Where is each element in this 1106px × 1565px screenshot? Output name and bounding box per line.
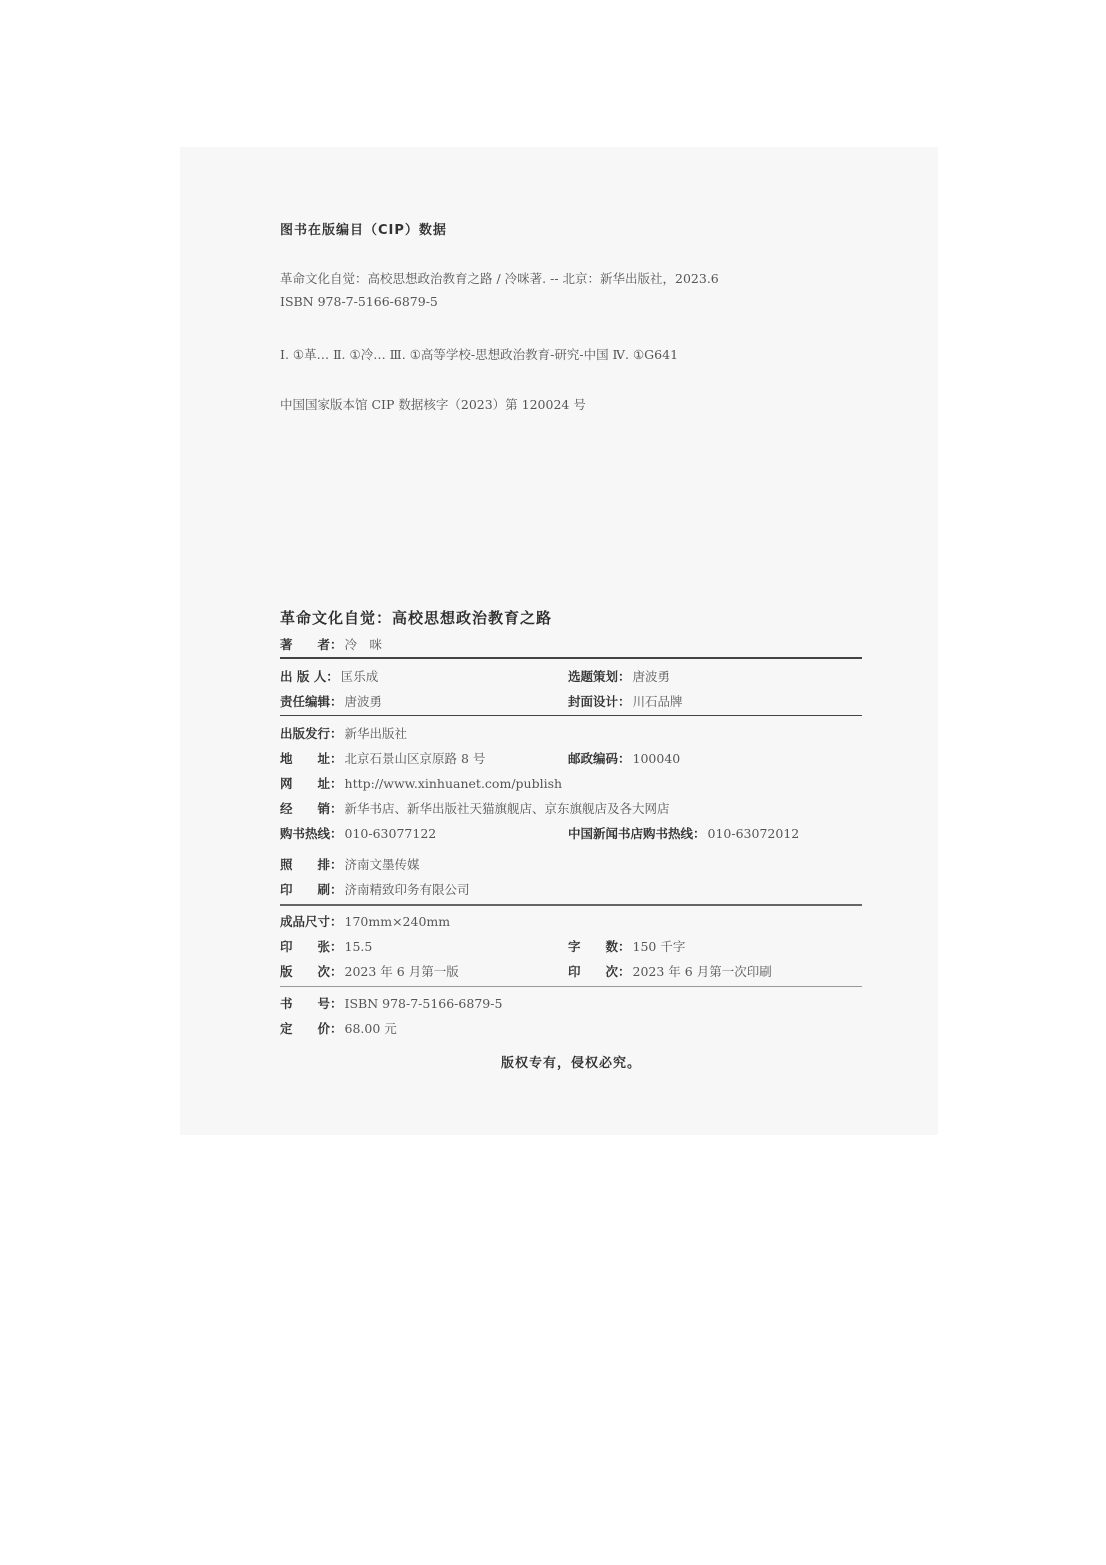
website-value: http://www.xinhuanet.com/publish <box>345 776 563 791</box>
size-value: 170mm×240mm <box>345 914 451 929</box>
editor-label: 责任编辑： <box>280 692 343 710</box>
divider <box>280 904 862 906</box>
size-label: 成品尺寸： <box>280 912 343 930</box>
distributor-value: 新华出版社 <box>345 724 408 742</box>
cip-isbn-line: ISBN 978-7-5166-6879-5 <box>280 294 438 309</box>
cover-design-label: 封面设计： <box>568 692 631 710</box>
postcode-value: 100040 <box>633 751 681 766</box>
copyright-page: 图书在版编目（CIP）数据 革命文化自觉：高校思想政治教育之路 / 冷咪著. -… <box>180 147 938 1135</box>
hotline-label: 购书热线： <box>280 824 343 842</box>
sales-label: 经 销： <box>280 799 343 817</box>
isbn-label: 书 号： <box>280 994 343 1012</box>
website-label: 网 址： <box>280 774 343 792</box>
topic-planner-label: 选题策划： <box>568 667 631 685</box>
china-hotline-label: 中国新闻书店购书热线： <box>568 824 706 842</box>
sheets-row: 印 张：15.5 字 数：150 千字 <box>280 937 862 957</box>
typesetting-row: 照 排：济南文墨传媒 <box>280 855 862 875</box>
printing-row: 印 刷：济南精致印务有限公司 <box>280 880 862 900</box>
publisher-row: 出 版 人：匡乐成 选题策划：唐波勇 <box>280 667 862 687</box>
edition-value: 2023 年 6 月第一版 <box>345 962 459 980</box>
word-count-value: 150 千字 <box>633 937 686 955</box>
hotline-row: 购书热线：010-63077122 中国新闻书店购书热线：010-6307201… <box>280 824 862 844</box>
divider <box>280 986 862 987</box>
distributor-label: 出版发行： <box>280 724 343 742</box>
typesetting-label: 照 排： <box>280 855 343 873</box>
typesetting-value: 济南文墨传媒 <box>345 855 420 873</box>
cip-classification-line: Ⅰ. ①革… Ⅱ. ①冷… Ⅲ. ①高等学校-思想政治教育-研究-中国 Ⅳ. ①… <box>280 345 678 363</box>
price-value: 68.00 元 <box>345 1019 397 1037</box>
sheets-label: 印 张： <box>280 937 343 955</box>
printing-value: 济南精致印务有限公司 <box>345 880 470 898</box>
price-label: 定 价： <box>280 1019 343 1037</box>
sales-row: 经 销：新华书店、新华出版社天猫旗舰店、京东旗舰店及各大网店 <box>280 799 862 819</box>
china-hotline-value: 010-63072012 <box>708 826 800 841</box>
sheets-value: 15.5 <box>345 939 373 954</box>
author-label: 著 者： <box>280 635 343 653</box>
website-row: 网 址：http://www.xinhuanet.com/publish <box>280 774 862 794</box>
book-title: 革命文化自觉：高校思想政治教育之路 <box>280 607 552 628</box>
distributor-row: 出版发行：新华出版社 <box>280 724 862 744</box>
address-value: 北京石景山区京原路 8 号 <box>345 749 486 767</box>
editor-value: 唐波勇 <box>345 692 383 710</box>
divider <box>280 715 862 716</box>
cover-design-value: 川石品牌 <box>633 692 683 710</box>
printing-label: 印 刷： <box>280 880 343 898</box>
publisher-person-value: 匡乐成 <box>341 667 379 685</box>
impression-value: 2023 年 6 月第一次印刷 <box>633 962 772 980</box>
cip-record-number-line: 中国国家版本馆 CIP 数据核字（2023）第 120024 号 <box>280 395 586 413</box>
divider <box>280 657 862 659</box>
price-row: 定 价：68.00 元 <box>280 1019 862 1039</box>
edition-row: 版 次：2023 年 6 月第一版 印 次：2023 年 6 月第一次印刷 <box>280 962 862 982</box>
author-row: 著 者：冷 咪 <box>280 635 862 655</box>
postcode-label: 邮政编码： <box>568 749 631 767</box>
edition-label: 版 次： <box>280 962 343 980</box>
publisher-person-label: 出 版 人： <box>280 667 339 685</box>
isbn-row: 书 号：ISBN 978-7-5166-6879-5 <box>280 994 862 1014</box>
hotline-value: 010-63077122 <box>345 826 437 841</box>
size-row: 成品尺寸：170mm×240mm <box>280 912 862 932</box>
cip-bibliographic-line: 革命文化自觉：高校思想政治教育之路 / 冷咪著. -- 北京：新华出版社，202… <box>280 269 719 287</box>
cip-heading: 图书在版编目（CIP）数据 <box>280 219 447 238</box>
sales-value: 新华书店、新华出版社天猫旗舰店、京东旗舰店及各大网店 <box>345 799 670 817</box>
address-label: 地 址： <box>280 749 343 767</box>
topic-planner-value: 唐波勇 <box>633 667 671 685</box>
isbn-value: ISBN 978-7-5166-6879-5 <box>345 996 503 1011</box>
word-count-label: 字 数： <box>568 937 631 955</box>
author-value: 冷 咪 <box>345 635 383 653</box>
impression-label: 印 次： <box>568 962 631 980</box>
address-row: 地 址：北京石景山区京原路 8 号 邮政编码：100040 <box>280 749 862 769</box>
copyright-notice: 版权专有，侵权必究。 <box>280 1052 862 1071</box>
editor-row: 责任编辑：唐波勇 封面设计：川石品牌 <box>280 692 862 712</box>
